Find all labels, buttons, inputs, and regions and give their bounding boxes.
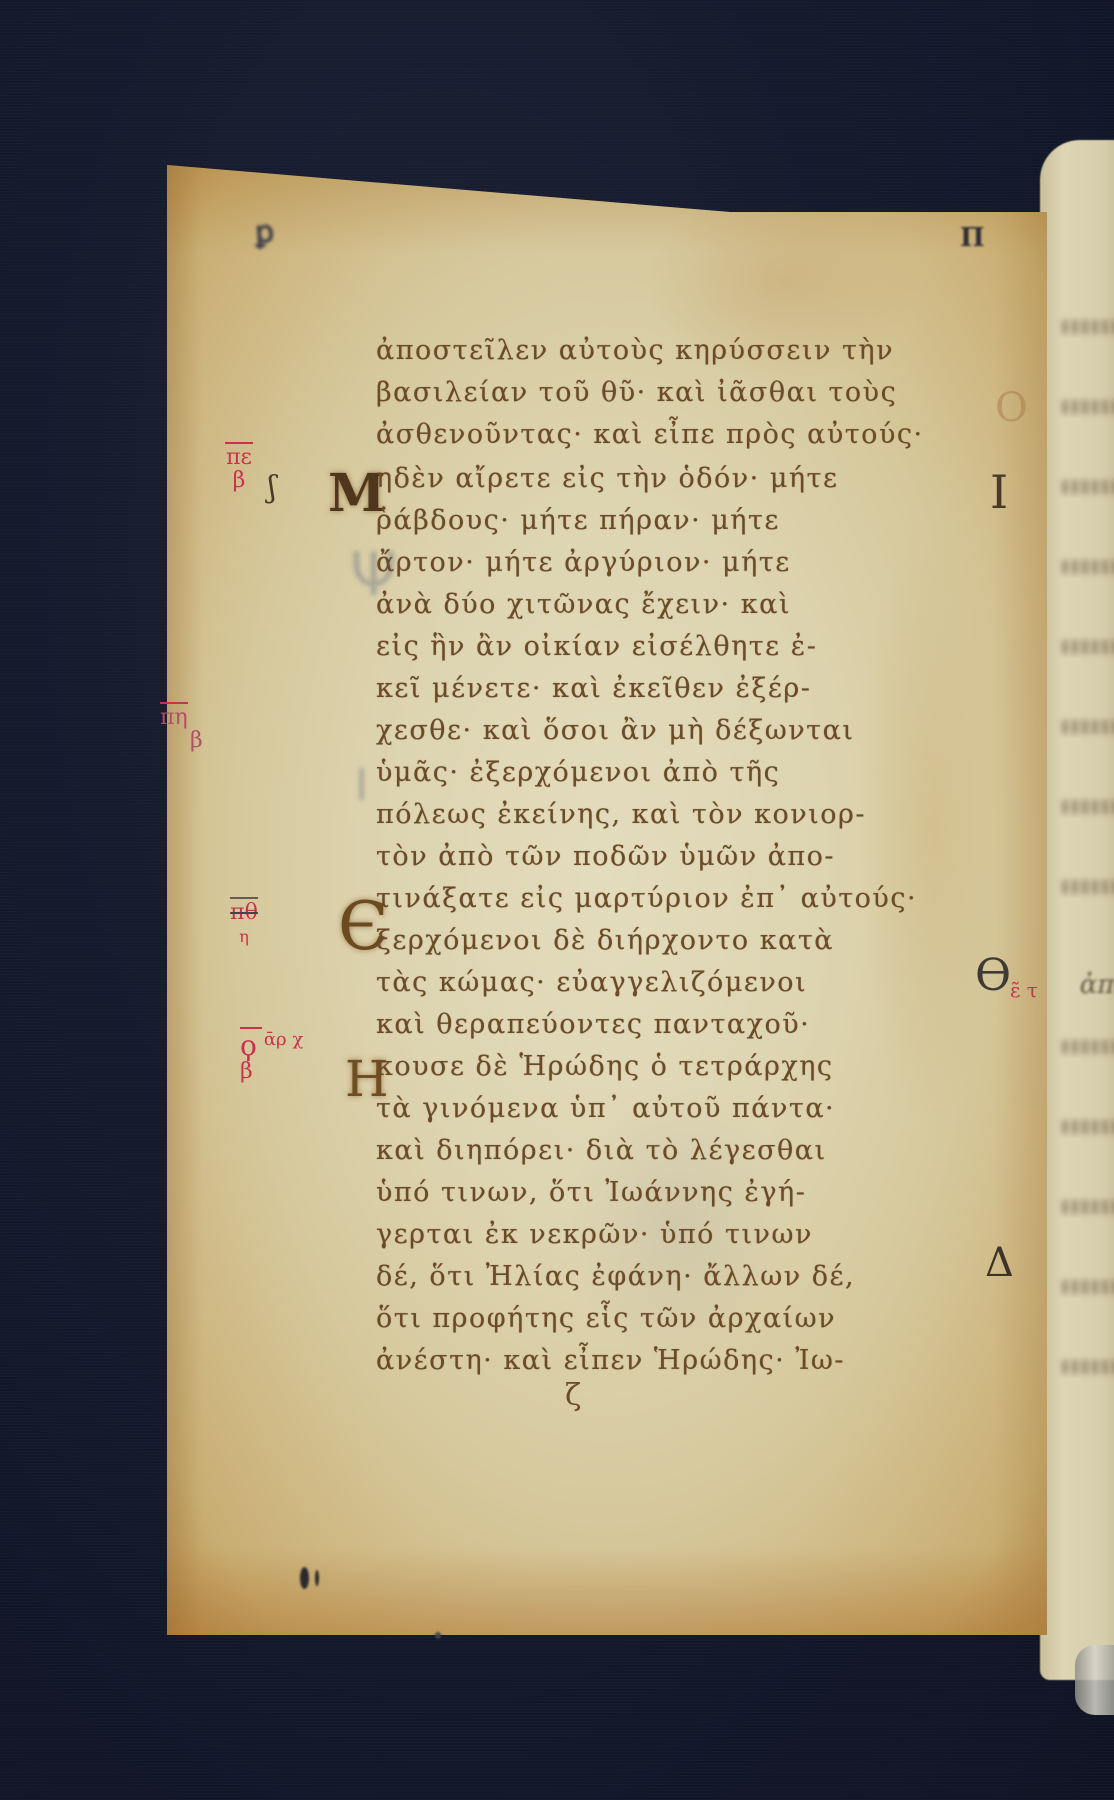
line-end-flourish: ζ <box>565 1378 581 1413</box>
text-line-25: ἀνέστη· καὶ εἶπεν Ἡρώδης· Ἰω- <box>376 1345 845 1387</box>
text-line-12: πόλεως ἐκείνης, καὶ τὸν κονιορ- <box>376 799 866 841</box>
ghost-text-line <box>1062 1360 1114 1374</box>
tau-mark: Δ <box>985 1240 1014 1286</box>
eusebian-section-85: πε β <box>225 440 253 492</box>
ghost-text-line <box>1062 640 1114 654</box>
adjacent-page-text: ἀπὸ <box>1080 970 1114 1000</box>
ghost-text-line <box>1062 1280 1114 1294</box>
text-line-3: ἀσθενοῦντας· καὶ εἶπε πρὸς αὐτούς· <box>376 419 924 461</box>
text-line-6: ἄρτον· μήτε ἀργύριον· μήτε <box>376 547 791 589</box>
canon-sub-number: β <box>240 1059 253 1084</box>
text-line-18: κουσε δὲ Ἡρώδης ὁ τετράρχης <box>376 1051 834 1093</box>
ghost-text-line <box>1062 880 1114 894</box>
ghost-text-line <box>1062 1120 1114 1134</box>
adjacent-page-edge: ἀπὸ <box>1040 140 1114 1680</box>
eusebian-section-90: ϙ ᾱρ χ β <box>240 1025 303 1083</box>
rubric-overline <box>225 442 253 444</box>
lection-mark: ϴ <box>975 950 1011 1001</box>
ghost-text-line <box>1062 1040 1114 1054</box>
ink-blot <box>435 1632 441 1639</box>
section-number: ϙ <box>240 1029 257 1062</box>
text-line-9: κεῖ μένετε· καὶ ἐκεῖθεν ἐξέρ- <box>376 673 811 715</box>
ink-blot <box>300 1567 309 1589</box>
section-number: πη <box>160 705 188 730</box>
show-through-mark: I <box>355 760 368 811</box>
text-line-5: ῥάβδους· μήτε πήραν· μήτε <box>376 505 780 547</box>
text-line-16: τὰς κώμας· εὐαγγελιζόμενοι <box>376 967 807 1009</box>
lection-rubric: ε̃ τ <box>1010 980 1038 1001</box>
text-line-13: τὸν ἀπὸ τῶν ποδῶν ὑμῶν ἀπο- <box>376 841 835 883</box>
binding-thread <box>1075 1645 1114 1715</box>
canon-number: η <box>239 927 249 946</box>
ghost-text-line <box>1062 800 1114 814</box>
bracket-mark: ʃ <box>268 470 276 505</box>
ghost-text-line <box>1062 1200 1114 1214</box>
text-line-19: τὰ γινόμενα ὑπ᾽ αὐτοῦ πάντα· <box>376 1093 835 1135</box>
eusebian-section-88: πη β <box>160 700 203 752</box>
faint-circle-mark: O <box>995 385 1028 431</box>
text-line-1: ἀποστεῖλεν αὐτοὺς κηρύσσειν τὴν <box>376 335 894 377</box>
text-line-10: χεσθε· καὶ ὅσοι ἂν μὴ δέξωνται <box>376 715 854 757</box>
text-line-20: καὶ διηπόρει· διὰ τὸ λέγεσθαι <box>376 1135 827 1177</box>
eusebian-section-89: πθ η <box>230 895 258 947</box>
ghost-text-line <box>1062 400 1114 414</box>
text-line-8: εἰς ἣν ἂν οἰκίαν εἰσέλθητε ἐ- <box>376 631 817 673</box>
text-line-22: γερται ἐκ νεκρῶν· ὑπό τινων <box>376 1219 813 1261</box>
rubric-overline <box>230 897 258 899</box>
ghost-text-line <box>1062 720 1114 734</box>
section-number: πε <box>226 445 252 470</box>
text-line-21: ὑπό τινων, ὅτι Ἰωάννης ἐγή- <box>376 1177 806 1219</box>
ghost-text-line <box>1062 480 1114 494</box>
vertical-bar-mark: I <box>990 465 1008 519</box>
text-line-15: ξερχόμενοι δὲ διήρχοντο κατὰ <box>376 925 834 967</box>
folio-number: Π <box>960 223 985 253</box>
text-line-4: ηδὲν αἴρετε εἰς τὴν ὁδόν· μήτε <box>376 463 839 505</box>
folio-mark-left: ꝑ <box>254 214 275 250</box>
canon-number: β <box>190 728 203 753</box>
text-line-24: ὅτι προφήτης εἷς τῶν ἀρχαίων <box>376 1303 836 1345</box>
ghost-text-line <box>1062 320 1114 334</box>
section-number: πθ <box>230 900 258 925</box>
text-line-14: τινάξατε εἰς μαρτύριον ἐπ᾽ αὐτούς· <box>376 883 917 925</box>
canon-number: β <box>233 468 246 493</box>
canon-number: ᾱρ χ <box>264 1029 303 1050</box>
text-line-17: καὶ θεραπεύοντες πανταχοῦ· <box>376 1009 810 1051</box>
text-line-23: δέ, ὅτι Ἠλίας ἐφάνη· ἄλλων δέ, <box>376 1261 855 1303</box>
text-line-7: ἀνὰ δύο χιτῶνας ἔχειν· καὶ <box>376 589 791 631</box>
ghost-text-line <box>1062 560 1114 574</box>
text-line-11: ὑμᾶς· ἐξερχόμενοι ἀπὸ τῆς <box>376 757 780 799</box>
rubric-overline <box>160 702 188 704</box>
ink-blot <box>315 1570 319 1586</box>
text-line-2: βασιλείαν τοῦ θῦ· καὶ ἰᾶσθαι τοὺς <box>376 377 897 419</box>
